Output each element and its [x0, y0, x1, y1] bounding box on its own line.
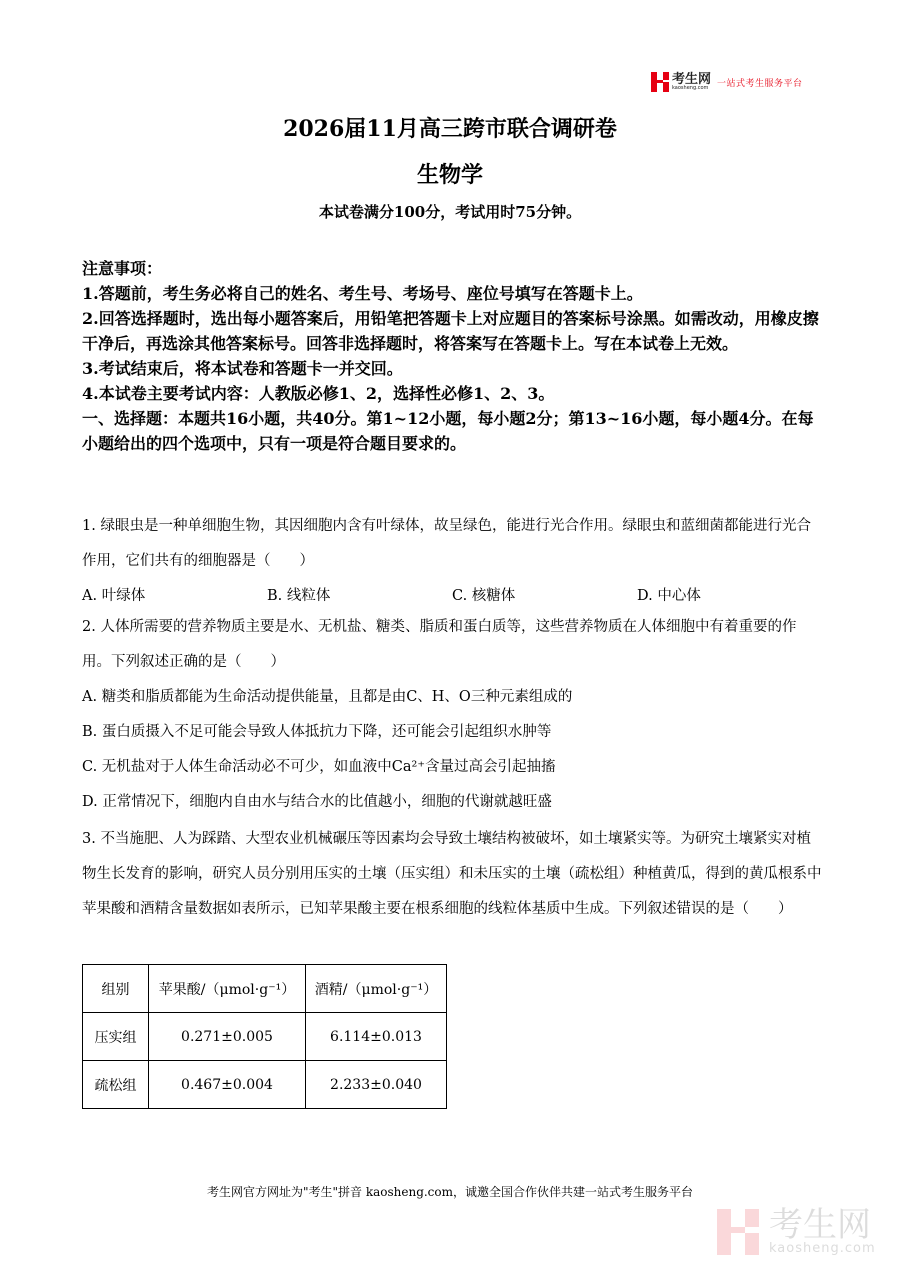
table-cell: 0.271±0.005 [149, 1013, 306, 1061]
table-cell: 压实组 [83, 1013, 149, 1061]
options-row: A. 叶绿体 B. 线粒体 C. 核糖体 D. 中心体 [82, 579, 822, 614]
kaosheng-logo-icon [651, 72, 669, 92]
notice-item: 2.回答选择题时，选出每小题答案后，用铅笔把答题卡上对应题目的答案标号涂黑。如需… [82, 306, 822, 356]
table-header-row: 组别 苹果酸/（μmol·g⁻¹） 酒精/（μmol·g⁻¹） [83, 965, 447, 1013]
question-stem: 2. 人体所需要的营养物质主要是水、无机盐、糖类、脂质和蛋白质等，这些营养物质在… [82, 610, 822, 680]
option-b: B. 蛋白质摄入不足可能会导致人体抵抗力下降，还可能会引起组织水肿等 [82, 715, 822, 750]
question-3: 3. 不当施肥、人为踩踏、大型农业机械碾压等因素均会导致土壤结构被破坏，如土壤紧… [82, 822, 822, 927]
option-b: B. 线粒体 [267, 579, 452, 614]
kaosheng-logo: 考生网 kaosheng.com 一站式考生服务平台 [651, 72, 803, 92]
notice-item: 3.考试结束后，将本试卷和答题卡一并交回。 [82, 356, 822, 381]
option-c: C. 核糖体 [452, 579, 637, 614]
table-row: 压实组 0.271±0.005 6.114±0.013 [83, 1013, 447, 1061]
watermark-name: 考生网 [769, 1208, 876, 1242]
table-cell: 6.114±0.013 [306, 1013, 447, 1061]
question-stem: 1. 绿眼虫是一种单细胞生物，其因细胞内含有叶绿体，故呈绿色，能进行光合作用。绿… [82, 509, 822, 579]
table-cell: 2.233±0.040 [306, 1061, 447, 1109]
table-cell: 疏松组 [83, 1061, 149, 1109]
exam-subject: 生物学 [0, 158, 900, 189]
question-2: 2. 人体所需要的营养物质主要是水、无机盐、糖类、脂质和蛋白质等，这些营养物质在… [82, 610, 822, 820]
table-header: 组别 [83, 965, 149, 1013]
section-heading: 一、选择题：本题共16小题，共40分。第1~12小题，每小题2分；第13~16小… [82, 406, 822, 456]
question-1: 1. 绿眼虫是一种单细胞生物，其因细胞内含有叶绿体，故呈绿色，能进行光合作用。绿… [82, 509, 822, 614]
option-a: A. 糖类和脂质都能为生命活动提供能量，且都是由C、H、O三种元素组成的 [82, 680, 822, 715]
data-table: 组别 苹果酸/（μmol·g⁻¹） 酒精/（μmol·g⁻¹） 压实组 0.27… [82, 964, 447, 1109]
exam-meta: 本试卷满分100分，考试用时75分钟。 [0, 201, 900, 222]
option-d: D. 中心体 [637, 579, 822, 614]
table-row: 疏松组 0.467±0.004 2.233±0.040 [83, 1061, 447, 1109]
watermark-logo-icon [717, 1209, 759, 1255]
option-a: A. 叶绿体 [82, 579, 267, 614]
page-footer: 考生网官方网址为"考生"拼音 kaosheng.com，诚邀全国合作伙伴共建一站… [0, 1183, 900, 1200]
table-header: 酒精/（μmol·g⁻¹） [306, 965, 447, 1013]
watermark-logo: 考生网 kaosheng.com [717, 1208, 876, 1255]
logo-domain: kaosheng.com [672, 86, 711, 91]
notice-item: 4.本试卷主要考试内容：人教版必修1、2，选择性必修1、2、3。 [82, 381, 822, 406]
notice-heading: 注意事项： [82, 256, 822, 281]
table-header: 苹果酸/（μmol·g⁻¹） [149, 965, 306, 1013]
table-cell: 0.467±0.004 [149, 1061, 306, 1109]
option-c: C. 无机盐对于人体生命活动必不可少，如血液中Ca²⁺含量过高会引起抽搐 [82, 750, 822, 785]
logo-slogan: 一站式考生服务平台 [717, 76, 803, 89]
question-stem: 3. 不当施肥、人为踩踏、大型农业机械碾压等因素均会导致土壤结构被破坏，如土壤紧… [82, 822, 822, 927]
notice-item: 1.答题前，考生务必将自己的姓名、考生号、考场号、座位号填写在答题卡上。 [82, 281, 822, 306]
watermark-domain: kaosheng.com [769, 1242, 876, 1255]
exam-title: 2026届11月高三跨市联合调研卷 [0, 112, 900, 143]
notice-section: 注意事项： 1.答题前，考生务必将自己的姓名、考生号、考场号、座位号填写在答题卡… [82, 256, 822, 456]
option-d: D. 正常情况下，细胞内自由水与结合水的比值越小，细胞的代谢就越旺盛 [82, 785, 822, 820]
